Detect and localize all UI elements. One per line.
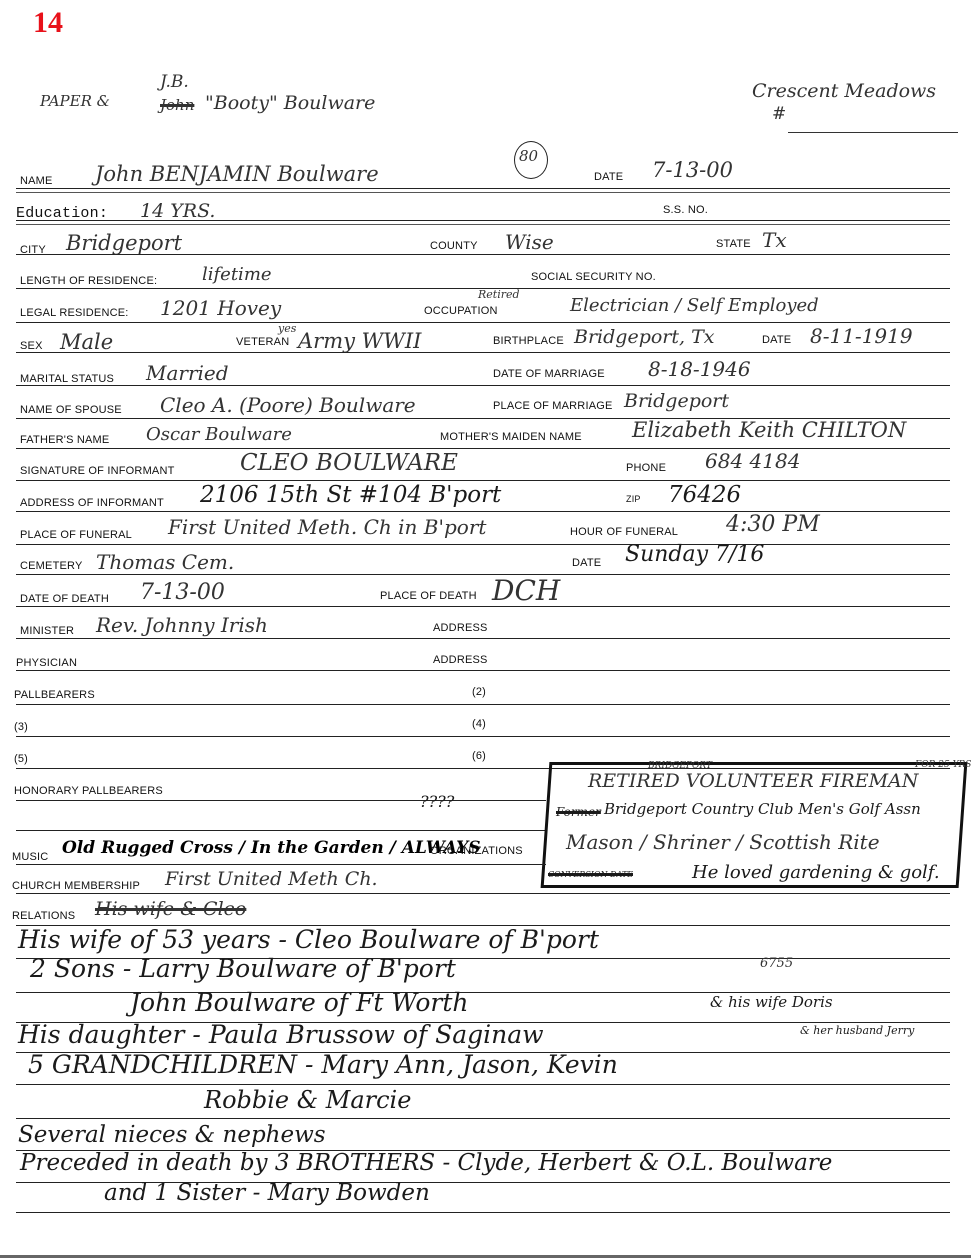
- rule-city: [16, 254, 950, 255]
- initials-note: J.B.: [160, 72, 189, 92]
- zip-label: ZIP: [626, 494, 641, 504]
- birthplace-value: Bridgeport, Tx: [574, 326, 714, 348]
- page-number: 14: [33, 6, 63, 40]
- sex-value: Male: [60, 330, 113, 354]
- physician-label: PHYSICIAN: [16, 657, 77, 669]
- rule-signature: [16, 480, 950, 481]
- zip-value: 76426: [668, 482, 741, 508]
- rule-relations-5: [16, 1084, 950, 1085]
- rule-pallbearers-1: [16, 704, 950, 705]
- rule-relations-9: [16, 1212, 950, 1213]
- education-value: 14 YRS.: [140, 200, 215, 222]
- funeral-date-value: Sunday 7/16: [625, 542, 764, 567]
- rule-name: [16, 188, 950, 189]
- phone-label: PHONE: [626, 462, 666, 474]
- rule-pallbearers-2: [16, 736, 950, 737]
- place-of-death-label: PLACE OF DEATH: [380, 590, 477, 602]
- rule-honorary: [16, 800, 546, 801]
- honorary-pallbearers-label: HONORARY PALLBEARERS: [14, 785, 163, 797]
- address-of-informant-value: 2106 15th St #104 B'port: [200, 482, 501, 508]
- relation-line-6: Robbie & Marcie: [204, 1086, 411, 1114]
- relation-line-1: His wife of 53 years - Cleo Boulware of …: [18, 925, 599, 954]
- struck-first-name: John: [160, 96, 194, 114]
- relation-line-3: John Boulware of Ft Worth: [130, 988, 468, 1017]
- county-label: COUNTY: [430, 240, 478, 252]
- legal-residence-value: 1201 Hovey: [160, 296, 281, 320]
- relations-struck: His wife & Cleo: [95, 898, 246, 920]
- place-of-funeral-label: PLACE OF FUNERAL: [20, 529, 132, 541]
- state-value: Tx: [762, 228, 787, 252]
- occupation-label: OCCUPATION: [424, 305, 498, 317]
- larry-note: 6755: [760, 956, 793, 971]
- marital-status-value: Married: [146, 361, 229, 385]
- church-membership-label: CHURCH MEMBERSHIP: [12, 880, 140, 892]
- phone-value: 684 4184: [705, 449, 800, 473]
- rule-father: [16, 448, 950, 449]
- occupation-note: Retired: [478, 288, 520, 301]
- date-of-marriage-value: 8-18-1946: [648, 357, 751, 381]
- rule-education: [16, 220, 950, 221]
- cemetery-label: CEMETERY: [20, 560, 83, 572]
- spouse-value: Cleo A. (Poore) Boulware: [160, 393, 416, 417]
- length-of-residence-label: LENGTH OF RESIDENCE:: [20, 275, 157, 287]
- date-of-death-value: 7-13-00: [140, 580, 225, 605]
- pallbearers-label: PALLBEARERS: [14, 689, 95, 701]
- name-label: NAME: [20, 175, 53, 187]
- minister-label: MINISTER: [20, 625, 74, 637]
- rule-church: [16, 893, 950, 894]
- address-of-informant-label: ADDRESS OF INFORMANT: [20, 497, 164, 509]
- mothers-maiden-name-value: Elizabeth Keith CHILTON: [632, 418, 906, 442]
- location-note: Crescent Meadows: [752, 80, 936, 102]
- rule-legal-residence: [16, 322, 950, 323]
- funeral-information-form: 14 PAPER & J.B. John "Booty" Boulware Cr…: [0, 0, 971, 1258]
- sex-label: SEX: [20, 340, 43, 352]
- pallbearer-slot-5: (5): [14, 753, 28, 765]
- org-line-2-struck: Former: [556, 805, 601, 819]
- birthplace-label: BIRTHPLACE: [493, 335, 564, 347]
- hour-of-funeral-label: HOUR OF FUNERAL: [570, 526, 678, 538]
- music-value: Old Rugged Cross / In the Garden / ALWAY…: [62, 838, 481, 858]
- marital-status-label: MARITAL STATUS: [20, 373, 114, 385]
- rule-music: [16, 864, 546, 865]
- funeral-date-label: DATE: [572, 557, 601, 569]
- physician-address-label: ADDRESS: [433, 654, 488, 666]
- music-label: MUSIC: [12, 851, 48, 863]
- place-of-marriage-value: Bridgeport: [624, 390, 729, 412]
- nickname-name: "Booty" Boulware: [205, 92, 375, 114]
- hour-of-funeral-value: 4:30 PM: [726, 512, 820, 537]
- minister-value: Rev. Johnny Irish: [96, 613, 268, 637]
- name-value: John BENJAMIN Boulware: [95, 162, 379, 186]
- music-question-marks: ????: [420, 792, 454, 811]
- state-label: STATE: [716, 238, 751, 250]
- org-line-2: Bridgeport Country Club Men's Golf Assn: [604, 800, 921, 818]
- birth-date-value: 8-11-1919: [810, 324, 913, 348]
- city-value: Bridgeport: [66, 231, 182, 255]
- paper-note: PAPER &: [40, 92, 110, 110]
- birth-date-label: DATE: [762, 334, 791, 346]
- mothers-maiden-name-label: MOTHER'S MAIDEN NAME: [440, 431, 582, 443]
- date-value: 7-13-00: [652, 158, 733, 182]
- org-line-4-struck: CONVERSION DATE: [548, 870, 633, 879]
- age-value: 80: [519, 147, 538, 165]
- paula-note: & her husband Jerry: [800, 1024, 914, 1037]
- social-security-label: SOCIAL SECURITY NO.: [531, 271, 656, 283]
- org-line-1-suffix: FOR 25 YRS: [915, 760, 971, 770]
- location-underline: [788, 132, 958, 133]
- pallbearer-slot-3: (3): [14, 721, 28, 733]
- signature-of-informant-value: CLEO BOULWARE: [240, 450, 458, 476]
- org-line-4: He loved gardening & golf.: [692, 862, 940, 883]
- rule-physician: [16, 670, 950, 671]
- rule-relations-6: [16, 1118, 950, 1119]
- rule-cemetery: [16, 574, 950, 575]
- date-of-marriage-label: DATE OF MARRIAGE: [493, 368, 605, 380]
- occupation-value: Electrician / Self Employed: [570, 295, 819, 316]
- place-of-funeral-value: First United Meth. Ch in B'port: [168, 515, 486, 539]
- relation-line-5: 5 GRANDCHILDREN - Mary Ann, Jason, Kevin: [28, 1050, 618, 1079]
- relation-line-7: Several nieces & nephews: [18, 1122, 326, 1148]
- veteran-note: yes: [278, 322, 296, 335]
- relation-line-8: Preceded in death by 3 BROTHERS - Clyde,…: [20, 1150, 832, 1176]
- minister-address-label: ADDRESS: [433, 622, 488, 634]
- signature-of-informant-label: SIGNATURE OF INFORMANT: [20, 465, 175, 477]
- spouse-label: NAME OF SPOUSE: [20, 404, 122, 416]
- pallbearer-slot-4: (4): [472, 718, 486, 730]
- place-of-marriage-label: PLACE OF MARRIAGE: [493, 400, 613, 412]
- length-of-residence-value: lifetime: [202, 264, 272, 285]
- legal-residence-label: LEGAL RESIDENCE:: [20, 307, 129, 319]
- place-of-death-value: DCH: [492, 574, 560, 607]
- fathers-name-label: FATHER'S NAME: [20, 434, 109, 446]
- veteran-label: VETERAN: [236, 336, 289, 348]
- john-note: & his wife Doris: [710, 993, 833, 1011]
- org-line-1: RETIRED VOLUNTEER FIREMAN: [588, 770, 918, 792]
- rule-death: [16, 606, 950, 607]
- org-line-3: Mason / Shriner / Scottish Rite: [566, 830, 880, 854]
- ss-no-label: S.S. NO.: [663, 204, 708, 216]
- church-membership-value: First United Meth Ch.: [165, 868, 378, 890]
- organizations-label: ORGANIZATIONS: [430, 845, 523, 857]
- rule-blank: [16, 830, 546, 831]
- date-label: DATE: [594, 171, 623, 183]
- veteran-value: Army WWII: [298, 329, 421, 353]
- pallbearer-slot-2: (2): [472, 686, 486, 698]
- cemetery-value: Thomas Cem.: [96, 550, 234, 574]
- county-value: Wise: [505, 230, 554, 254]
- relation-line-9: and 1 Sister - Mary Bowden: [104, 1180, 430, 1206]
- relation-line-2: 2 Sons - Larry Boulware of B'port: [30, 954, 456, 983]
- relation-line-4: His daughter - Paula Brussow of Saginaw: [18, 1020, 544, 1049]
- fathers-name-value: Oscar Boulware: [146, 424, 292, 445]
- location-hash: #: [772, 104, 786, 124]
- rule-funeral: [16, 544, 950, 545]
- rule-minister: [16, 638, 950, 639]
- rule-marital: [16, 385, 950, 386]
- pallbearer-slot-6: (6): [472, 750, 486, 762]
- date-of-death-label: DATE OF DEATH: [20, 593, 109, 605]
- rule-sex: [16, 352, 950, 353]
- relations-label: RELATIONS: [12, 910, 75, 922]
